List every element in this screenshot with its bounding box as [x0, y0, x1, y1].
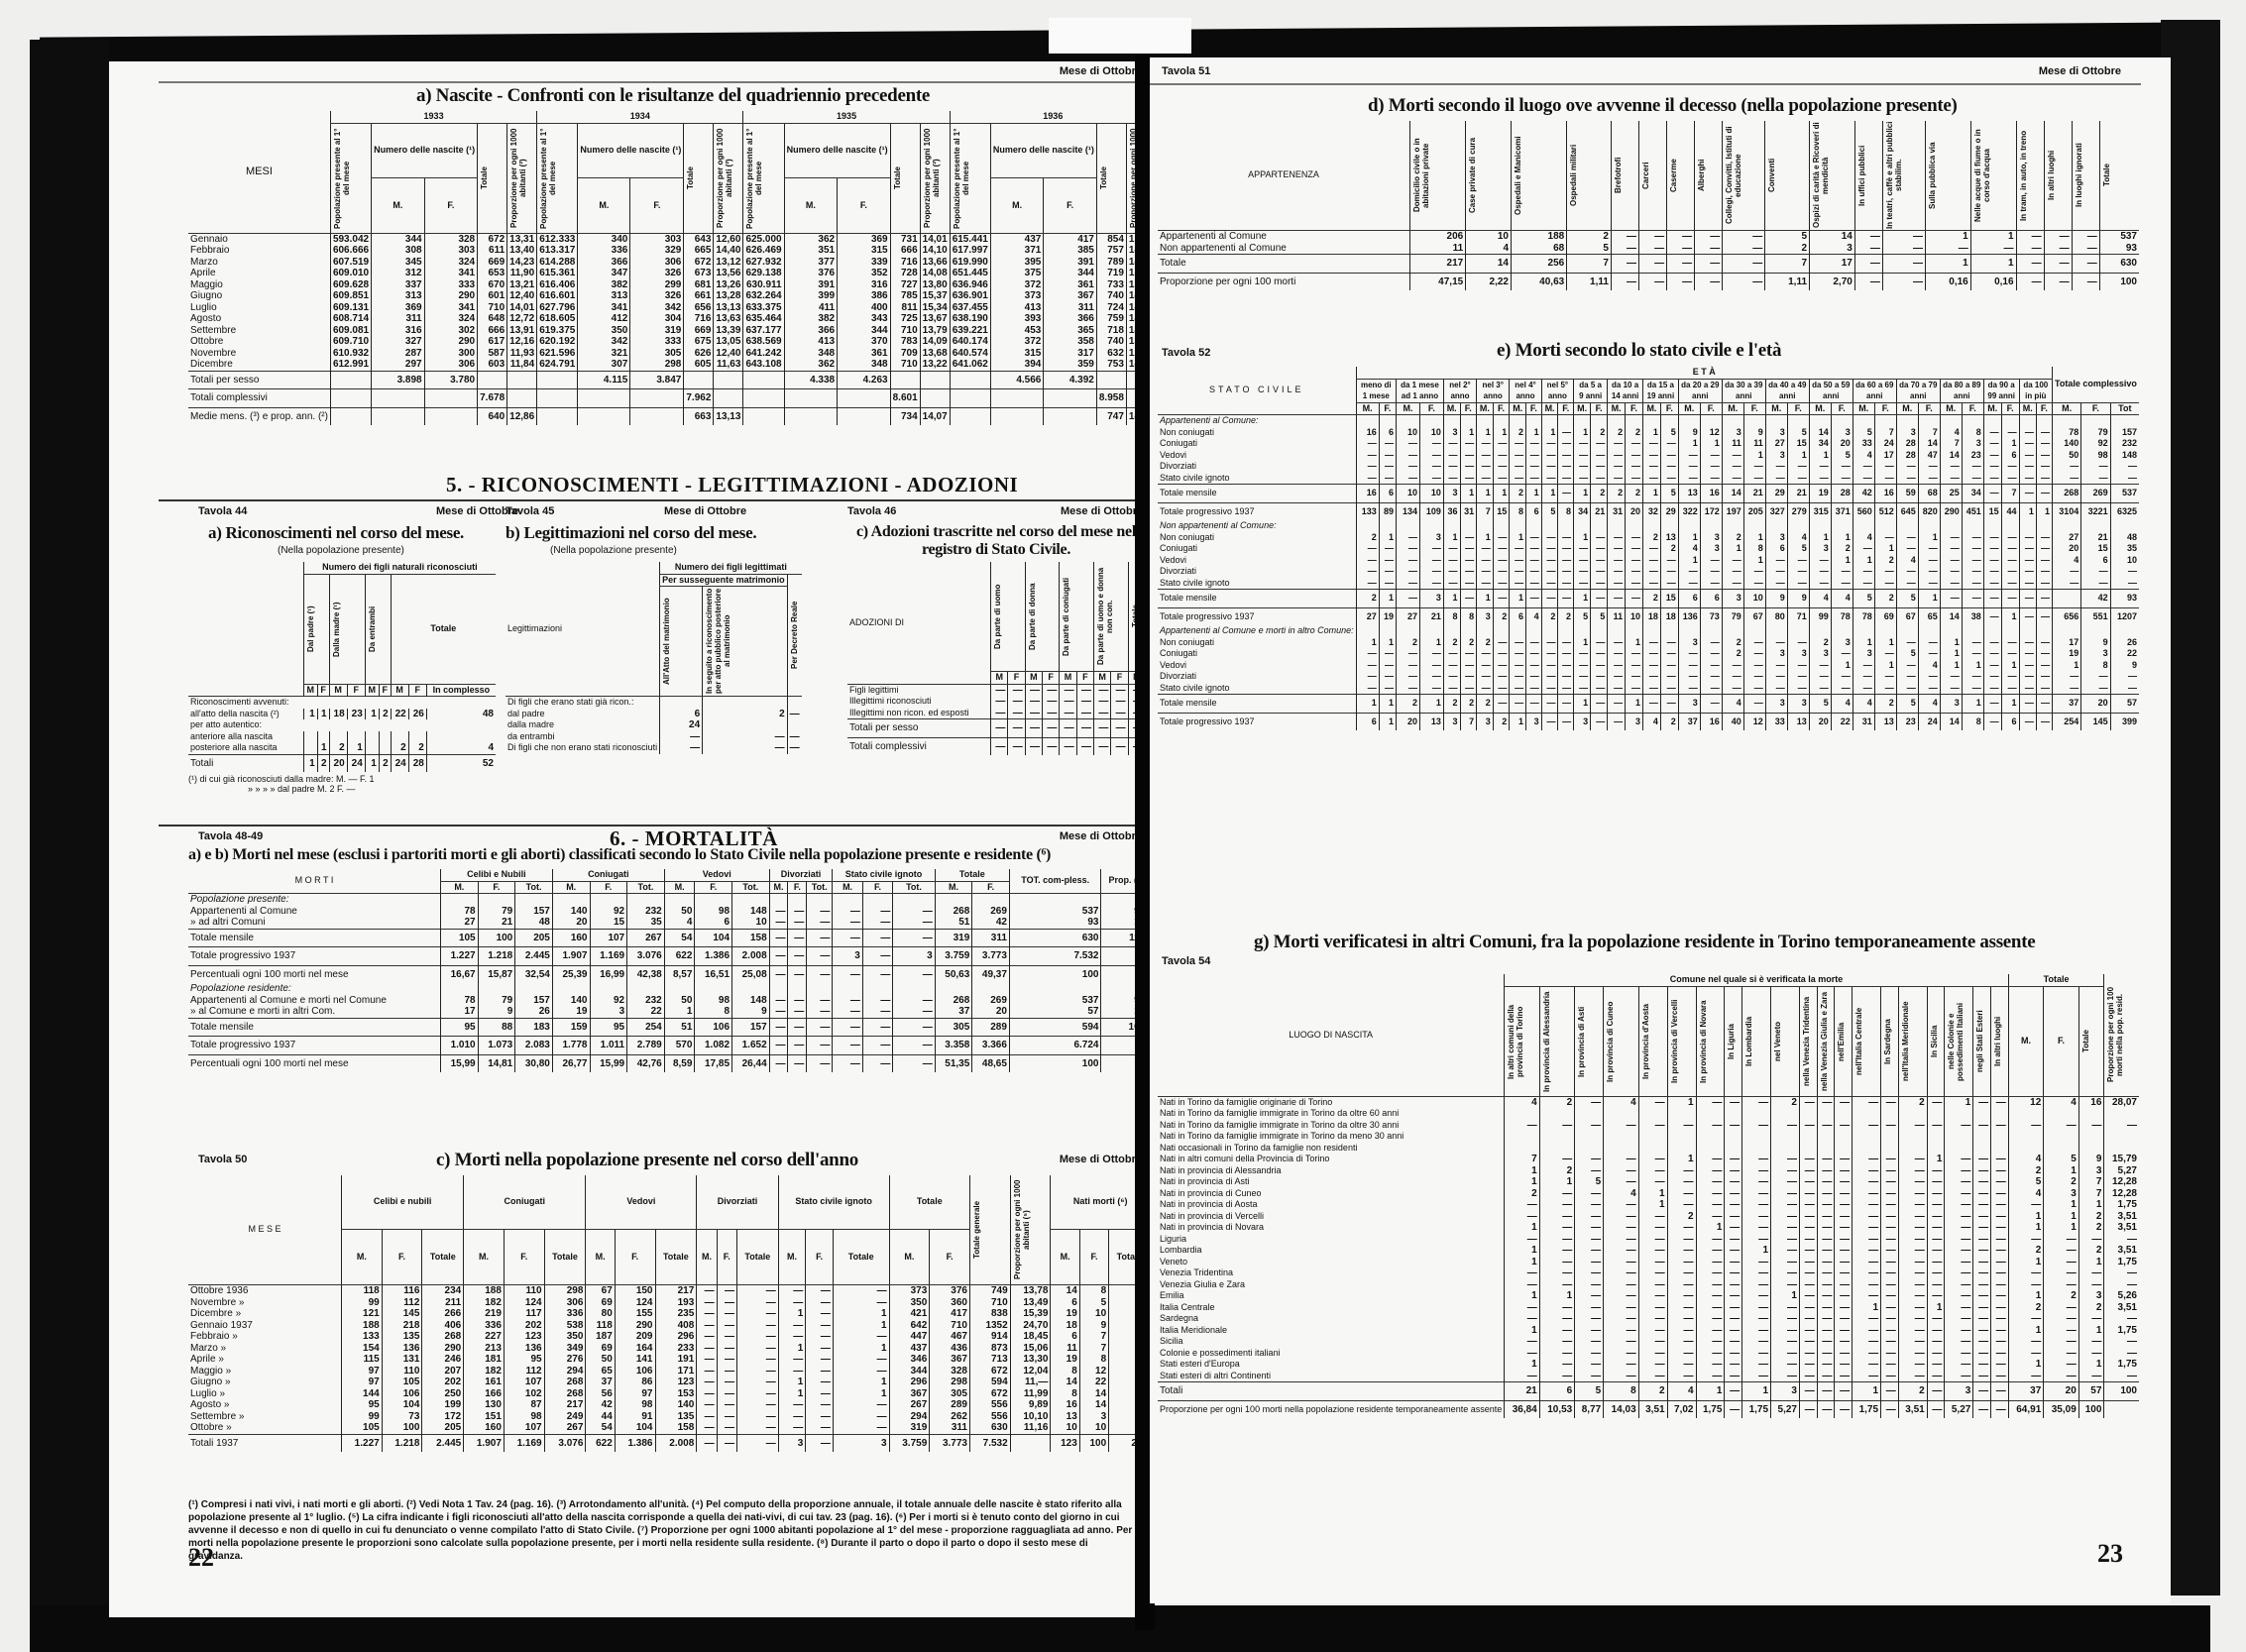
table-cell: 123	[655, 1377, 697, 1388]
table-cell: —	[1991, 1382, 2009, 1401]
table-cell: 1	[833, 1388, 889, 1400]
table-cell	[1510, 625, 1526, 637]
table-cell: 188	[342, 1320, 383, 1332]
column-header: Ospizi di carità e Ricoveri di mendicità	[1810, 121, 1855, 231]
table-cell: —	[697, 1285, 717, 1297]
table-cell: —	[1667, 1245, 1696, 1257]
column-header-label: Proporzione per ogni 1000 abitanti (²)	[716, 124, 733, 233]
table-cell: —	[1397, 660, 1420, 672]
table-cell	[2008, 1131, 2044, 1143]
table-cell: —	[778, 1399, 806, 1411]
table-cell	[1678, 415, 1700, 427]
table-cell: 5	[1853, 427, 1874, 439]
table-cell: 1	[1743, 555, 1765, 567]
table-cell: 2	[1443, 695, 1460, 714]
table-cell: 13,28	[714, 290, 743, 302]
table-cell: —	[2036, 671, 2052, 683]
table-cell: —	[1882, 231, 1925, 243]
column-header-label: In altri comuni della provincia di Torin…	[1507, 987, 1524, 1096]
table-cell: —	[806, 1434, 834, 1452]
table-cell: —	[1539, 1199, 1575, 1211]
table-cell: —	[833, 1054, 863, 1072]
row-label: posteriore alla nascita	[188, 742, 303, 754]
deaths-elsewhere-table: LUOGO DI NASCITAComune nel quale si è ve…	[1158, 974, 2139, 1418]
table-cell: 2	[1765, 243, 1810, 255]
row-label: Totale mensile	[188, 1018, 441, 1037]
table-cell: —	[1817, 1400, 1835, 1418]
table-cell: —	[1477, 461, 1494, 473]
table-cell: —	[1831, 648, 1853, 660]
table-cell: —	[1896, 578, 1918, 590]
table-cell: 672	[969, 1388, 1010, 1400]
table-cell: 99	[1809, 607, 1831, 625]
table-cell	[784, 407, 838, 425]
table-cell	[1493, 625, 1510, 637]
table-cell: —	[1881, 1359, 1899, 1371]
table-cell: —	[2019, 427, 2036, 439]
table-cell: 1	[2001, 660, 2019, 672]
table-cell: —	[1397, 473, 1420, 485]
table-cell: 13,31	[507, 233, 537, 245]
table-cell: —	[1575, 1348, 1604, 1360]
table-cell: —	[1817, 1325, 1835, 1337]
row-label: Febbraio	[188, 245, 330, 257]
table-cell: —	[1541, 473, 1558, 485]
table-cell: —	[1927, 1120, 1945, 1132]
table-cell: —	[1725, 1348, 1742, 1360]
table-cell: —	[1643, 648, 1661, 660]
table-cell	[424, 389, 478, 408]
table-cell: —	[1940, 578, 1962, 590]
table-cell: 2	[1460, 695, 1477, 714]
table-cell	[1419, 625, 1443, 637]
table-cell: —	[1510, 555, 1526, 567]
row-label: Totale progressivo 1937	[188, 947, 441, 966]
table-cell: —	[1927, 1176, 1945, 1188]
table-cell: 2	[1638, 1382, 1667, 1401]
table-cell: 67	[1896, 607, 1918, 625]
table-cell: —	[1638, 1245, 1667, 1257]
table-cell: —	[2110, 566, 2139, 578]
column-header-label: Popolazione presente al 1° del mese	[539, 124, 557, 233]
table-cell: —	[2036, 450, 2052, 462]
table-cell	[1881, 1143, 1899, 1155]
table-cell: 172	[1700, 502, 1722, 520]
mft-header: M.	[769, 881, 788, 894]
table-cell: —	[1094, 684, 1111, 696]
table-cell: —	[1700, 578, 1722, 590]
table-cell: 8,59	[664, 1054, 695, 1072]
table-cell: —	[1526, 648, 1542, 660]
table-cell	[1927, 1131, 1945, 1143]
column-header: In provincia di Cuneo	[1604, 986, 1639, 1096]
table-cell: 8,77	[1575, 1400, 1604, 1418]
table-cell: —	[1477, 555, 1494, 567]
table-cell: —	[697, 1320, 717, 1332]
table-cell: 145	[382, 1308, 422, 1320]
mft-header: Tot	[2110, 402, 2139, 415]
table-cell	[1419, 520, 1443, 532]
table-cell: 327	[1765, 502, 1787, 520]
mf-header: F.	[2001, 402, 2019, 415]
table-cell: —	[1700, 671, 1722, 683]
table-cell: 614.288	[537, 257, 578, 269]
table-cell: 5,27	[1945, 1400, 1973, 1418]
table-cell: —	[1918, 461, 1940, 473]
table-cell: —	[1460, 438, 1477, 450]
table-cell: —	[1835, 1154, 1853, 1165]
row-label: Totali 1937	[188, 1434, 342, 1452]
table-cell: —	[1574, 648, 1591, 660]
table-cell: —	[1608, 438, 1626, 450]
table-cell: 44	[2001, 502, 2019, 520]
table-cell: 100	[1009, 1054, 1101, 1072]
mft-header: Tot.	[893, 881, 935, 894]
table-cell: —	[1558, 637, 1574, 649]
f-header: F.	[838, 178, 891, 234]
table-cell: 1	[1678, 555, 1700, 567]
table-cell: 4	[1896, 555, 1918, 567]
table-cell: 268	[422, 1331, 464, 1343]
table-cell: 124	[615, 1297, 655, 1309]
table-cell: 5,27	[2104, 1165, 2139, 1177]
row-label: Coniugati	[1158, 543, 1356, 555]
mft-header: F.	[788, 881, 807, 894]
table-cell: —	[1660, 695, 1678, 714]
table-cell: 609.010	[330, 268, 371, 279]
table-cell	[1356, 520, 1379, 532]
table-cell	[1742, 1143, 1771, 1155]
table-cell: —	[1881, 1267, 1899, 1279]
table-cell: —	[736, 1297, 778, 1309]
table-cell: 3	[1678, 637, 1700, 649]
table-row: Marzo »15413629021313634969164233———1—14…	[188, 1343, 1150, 1355]
table-cell: 15	[590, 917, 627, 929]
table-cell	[1626, 520, 1643, 532]
table-cell: 234	[422, 1285, 464, 1297]
table-cell: 630.911	[743, 279, 784, 291]
table-cell: 4	[1853, 695, 1874, 714]
table-cell: 140	[552, 995, 590, 1007]
table-cell: —	[1643, 695, 1661, 714]
table-cell: —	[1881, 1400, 1899, 1418]
table-cell	[1765, 415, 1787, 427]
table-cell: 612.991	[330, 359, 371, 371]
table-cell	[2001, 415, 2019, 427]
table-cell: —	[1927, 1313, 1945, 1325]
column-header: Totale	[2099, 121, 2139, 231]
page-number-left: 22	[188, 1543, 214, 1573]
table-cell: —	[1771, 1211, 1800, 1223]
table-cell: 2	[2078, 1245, 2104, 1257]
table-cell: 734	[890, 407, 920, 425]
table-cell: —	[807, 1018, 833, 1037]
table-cell: —	[2008, 1279, 2044, 1291]
table-row: Agosto »95104199130872174298140——————267…	[188, 1399, 1150, 1411]
table-cell: 358	[1044, 336, 1097, 348]
table-cell: —	[1608, 461, 1626, 473]
column-header-label: nelle Colonie e possedimenti Italiani	[1947, 987, 1965, 1096]
column-header: In provincia di Asti	[1575, 986, 1604, 1096]
mft-header: M.	[342, 1229, 383, 1284]
row-label: Totale mensile	[188, 929, 441, 947]
table-cell: —	[1771, 1359, 1800, 1371]
table-cell: 14	[1079, 1399, 1108, 1411]
table-cell: 98	[695, 906, 732, 918]
table-cell: 1	[317, 709, 329, 720]
table-cell	[769, 983, 788, 995]
table-cell: —	[1799, 1222, 1817, 1234]
table-row: Totale mensile21—31—1—1———1———2156631099…	[1158, 590, 2139, 608]
table-cell	[1667, 1131, 1696, 1143]
table-cell: 100	[2078, 1400, 2104, 1418]
table-cell: —	[717, 1411, 736, 1423]
table-cell: 19	[1051, 1354, 1079, 1366]
table-cell: 1	[1443, 532, 1460, 544]
table-cell: —	[1541, 543, 1558, 555]
table-cell: —	[1575, 1267, 1604, 1279]
table-cell: 98	[2081, 450, 2110, 462]
table-cell: 67	[1743, 607, 1765, 625]
table-cell: —	[1722, 566, 1743, 578]
table-cell: —	[1918, 671, 1940, 683]
group-header: E T À	[1356, 367, 2052, 379]
table-cell: —	[1983, 683, 2001, 695]
table-cell: 1	[2052, 660, 2080, 672]
table-cell: —	[1725, 1279, 1742, 1291]
table-cell	[2104, 1131, 2139, 1143]
table-cell	[1787, 625, 1809, 637]
legitimations-table: LegittimazioniNumero dei figli legittima…	[505, 562, 802, 754]
table-cell: —	[2036, 427, 2052, 439]
table-cell: 1	[347, 742, 365, 754]
table-cell: 724	[1096, 302, 1126, 314]
table-cell	[1771, 1143, 1800, 1155]
table-cell	[1991, 1143, 2009, 1155]
table-cell: 10	[2110, 555, 2139, 567]
table-cell	[1460, 625, 1477, 637]
table-row: Italia Centrale—————————————1——1———2—23,…	[1158, 1302, 2139, 1314]
table-cell	[1379, 625, 1396, 637]
table-cell: 12	[2008, 1096, 2044, 1108]
table-cell: —	[1973, 1400, 1991, 1418]
table-cell: 3104	[2052, 502, 2080, 520]
table-cell: 71	[1787, 607, 1809, 625]
column-header-label: In teatri, caffè e altri pubblici stabil…	[1885, 121, 1903, 230]
table-cell: 337	[372, 279, 425, 291]
tavola-44-label: Tavola 44	[198, 505, 247, 517]
table-cell	[1765, 625, 1787, 637]
row-label: Colonie e possedimenti italiani	[1158, 1348, 1505, 1360]
table-cell: —	[2036, 461, 2052, 473]
table-cell: —	[1853, 1313, 1881, 1325]
table-cell: 630	[2099, 255, 2139, 274]
table-cell: —	[862, 965, 893, 983]
table-cell: 1	[778, 1388, 806, 1400]
table-cell: 1,75	[2104, 1257, 2139, 1268]
table-cell: —	[1696, 1279, 1725, 1291]
table-deaths-by-place: APPARTENENZADomicilio civile o in abitaz…	[1158, 121, 2139, 290]
table-cell: 3.780	[424, 371, 478, 389]
mf-header: F.	[1526, 402, 1542, 415]
table-cell: 118	[342, 1285, 383, 1297]
table-cell: 5,26	[2104, 1290, 2139, 1302]
table-cell: —	[1742, 1290, 1771, 1302]
table-cell: —	[1973, 1382, 1991, 1401]
table-cell: —	[1460, 660, 1477, 672]
table-row: Figli legittimi—————————	[847, 684, 1145, 696]
table-cell	[1696, 1108, 1725, 1120]
table-cell: —	[1962, 683, 1983, 695]
table-cell: —	[1443, 578, 1460, 590]
table-cell: 54	[586, 1422, 615, 1434]
table-cell: —	[2016, 273, 2044, 290]
table-cell	[537, 371, 578, 389]
table-cell: —	[1638, 1290, 1667, 1302]
table-cell: —	[1111, 719, 1128, 738]
table-cell: —	[1510, 683, 1526, 695]
table-cell: —	[1927, 1348, 1945, 1360]
table-cell: —	[1940, 671, 1962, 683]
table-cell: 2	[1539, 1096, 1575, 1108]
table-cell: 298	[544, 1285, 586, 1297]
table-cell: —	[1881, 1165, 1899, 1177]
table-cell	[507, 371, 537, 389]
table-cell: —	[1874, 578, 1896, 590]
table-cell: —	[1397, 461, 1420, 473]
table-cell: 289	[972, 1018, 1010, 1037]
table-cell: —	[1575, 1313, 1604, 1325]
table-cell: —	[1626, 566, 1643, 578]
table-cell: 1	[1419, 695, 1443, 714]
table-cell: 672	[684, 257, 714, 269]
table-cell: 341	[578, 302, 630, 314]
table-cell: —	[1539, 1234, 1575, 1246]
table-cell: 88	[478, 1018, 515, 1037]
column-header: In altri comuni della provincia di Torin…	[1505, 986, 1540, 1096]
table-cell: —	[2001, 648, 2019, 660]
table-cell: —	[1853, 660, 1874, 672]
table-cell: 306	[630, 257, 684, 269]
mft-header: Totale	[2078, 986, 2104, 1096]
table-cell: —	[2072, 273, 2099, 290]
table-cell: 3	[1771, 1382, 1800, 1401]
table-cell: 123	[1051, 1434, 1079, 1452]
table-cell: —	[1973, 1302, 1991, 1314]
table-cell: —	[1356, 450, 1379, 462]
table-cell: —	[1379, 543, 1396, 555]
table-cell	[1898, 1131, 1927, 1143]
table-cell: —	[1881, 1302, 1899, 1314]
table-cell: —	[1835, 1165, 1853, 1177]
table-d-title: d) Morti secondo il luogo ove avvenne il…	[1368, 95, 1958, 117]
table-cell: —	[1379, 648, 1396, 660]
table-cell: —	[1799, 1336, 1817, 1348]
table-cell: 136	[1678, 607, 1700, 625]
table-cell: 1	[1638, 1188, 1667, 1200]
table-cell: —	[1574, 683, 1591, 695]
table-cell: 10	[1079, 1308, 1108, 1320]
table-cell	[1799, 1108, 1817, 1120]
table-cell: —	[1696, 1154, 1725, 1165]
table-cell	[1831, 520, 1853, 532]
table-cell	[2110, 625, 2139, 637]
table-cell: —	[736, 1422, 778, 1434]
table-cell	[990, 389, 1044, 408]
table-cell: 1	[1574, 695, 1591, 714]
table-cell: —	[1591, 438, 1608, 450]
table-cell: 20	[329, 754, 347, 772]
table-cell: —	[1881, 1279, 1899, 1291]
table-cell: —	[1725, 1371, 1742, 1382]
table-cell: 19	[552, 1006, 590, 1018]
table-cell: —	[1983, 485, 2001, 503]
table-cell: 344	[372, 233, 425, 245]
row-header: LUOGO DI NASCITA	[1158, 974, 1505, 1096]
table-cell: —	[1799, 1120, 1817, 1132]
header-row: LUOGO DI NASCITAComune nel quale si è ve…	[1158, 974, 2139, 986]
table-cell: —	[1591, 578, 1608, 590]
table-cell: —	[1771, 1245, 1800, 1257]
f-header: F.	[630, 178, 684, 234]
row-label: Giugno	[188, 290, 330, 302]
table-cell: —	[1799, 1234, 1817, 1246]
table-cell: 2	[1643, 590, 1661, 608]
table-cell: 2	[317, 754, 329, 772]
table-cell: —	[1541, 450, 1558, 462]
table-cell: 367	[1044, 290, 1097, 302]
table-cell: —	[1639, 231, 1667, 243]
table-cell: —	[1695, 273, 1723, 290]
table-cell: 437	[889, 1343, 930, 1355]
table-cell: —	[1918, 683, 1940, 695]
table-cell: —	[1493, 543, 1510, 555]
table-cell: 2	[1626, 427, 1643, 439]
table-cell: 587	[478, 348, 507, 360]
table-cell: 1	[2036, 502, 2052, 520]
table-cell: 3.358	[935, 1037, 972, 1055]
column-header-label: Da parte di uomo e donna non con.	[1096, 562, 1114, 671]
table-cell: —	[1008, 719, 1025, 738]
row-label: Stato civile ignoto	[1158, 473, 1356, 485]
mft-header: F.	[615, 1229, 655, 1284]
table-cell	[1743, 625, 1765, 637]
table-cell: 2	[408, 742, 426, 754]
table-cell: —	[1493, 648, 1510, 660]
table-cell: —	[807, 906, 833, 918]
m-header: M.	[784, 178, 838, 234]
table-cell: 2	[379, 754, 391, 772]
table-cell: —	[1558, 671, 1574, 683]
table-cell: —	[1874, 683, 1896, 695]
table-cell: 393	[990, 313, 1044, 325]
table-cell	[1991, 1108, 2009, 1120]
table-cell: —	[1638, 1348, 1667, 1360]
table-cell: 7.532	[969, 1434, 1010, 1452]
table-cell: —	[769, 1037, 788, 1055]
column-header-label: Totale	[2102, 121, 2111, 230]
table-cell	[627, 894, 665, 906]
table-cell: 34	[1809, 438, 1831, 450]
table-cell: —	[2001, 590, 2019, 608]
table-cell: —	[1526, 671, 1542, 683]
table-cell: —	[1962, 566, 1983, 578]
table-cell: 13,91	[507, 325, 537, 337]
table-cell: 1	[2008, 1257, 2044, 1268]
table-cell: 14	[1918, 438, 1940, 450]
table-cell: 51	[664, 1018, 695, 1037]
table-cell	[408, 731, 426, 743]
